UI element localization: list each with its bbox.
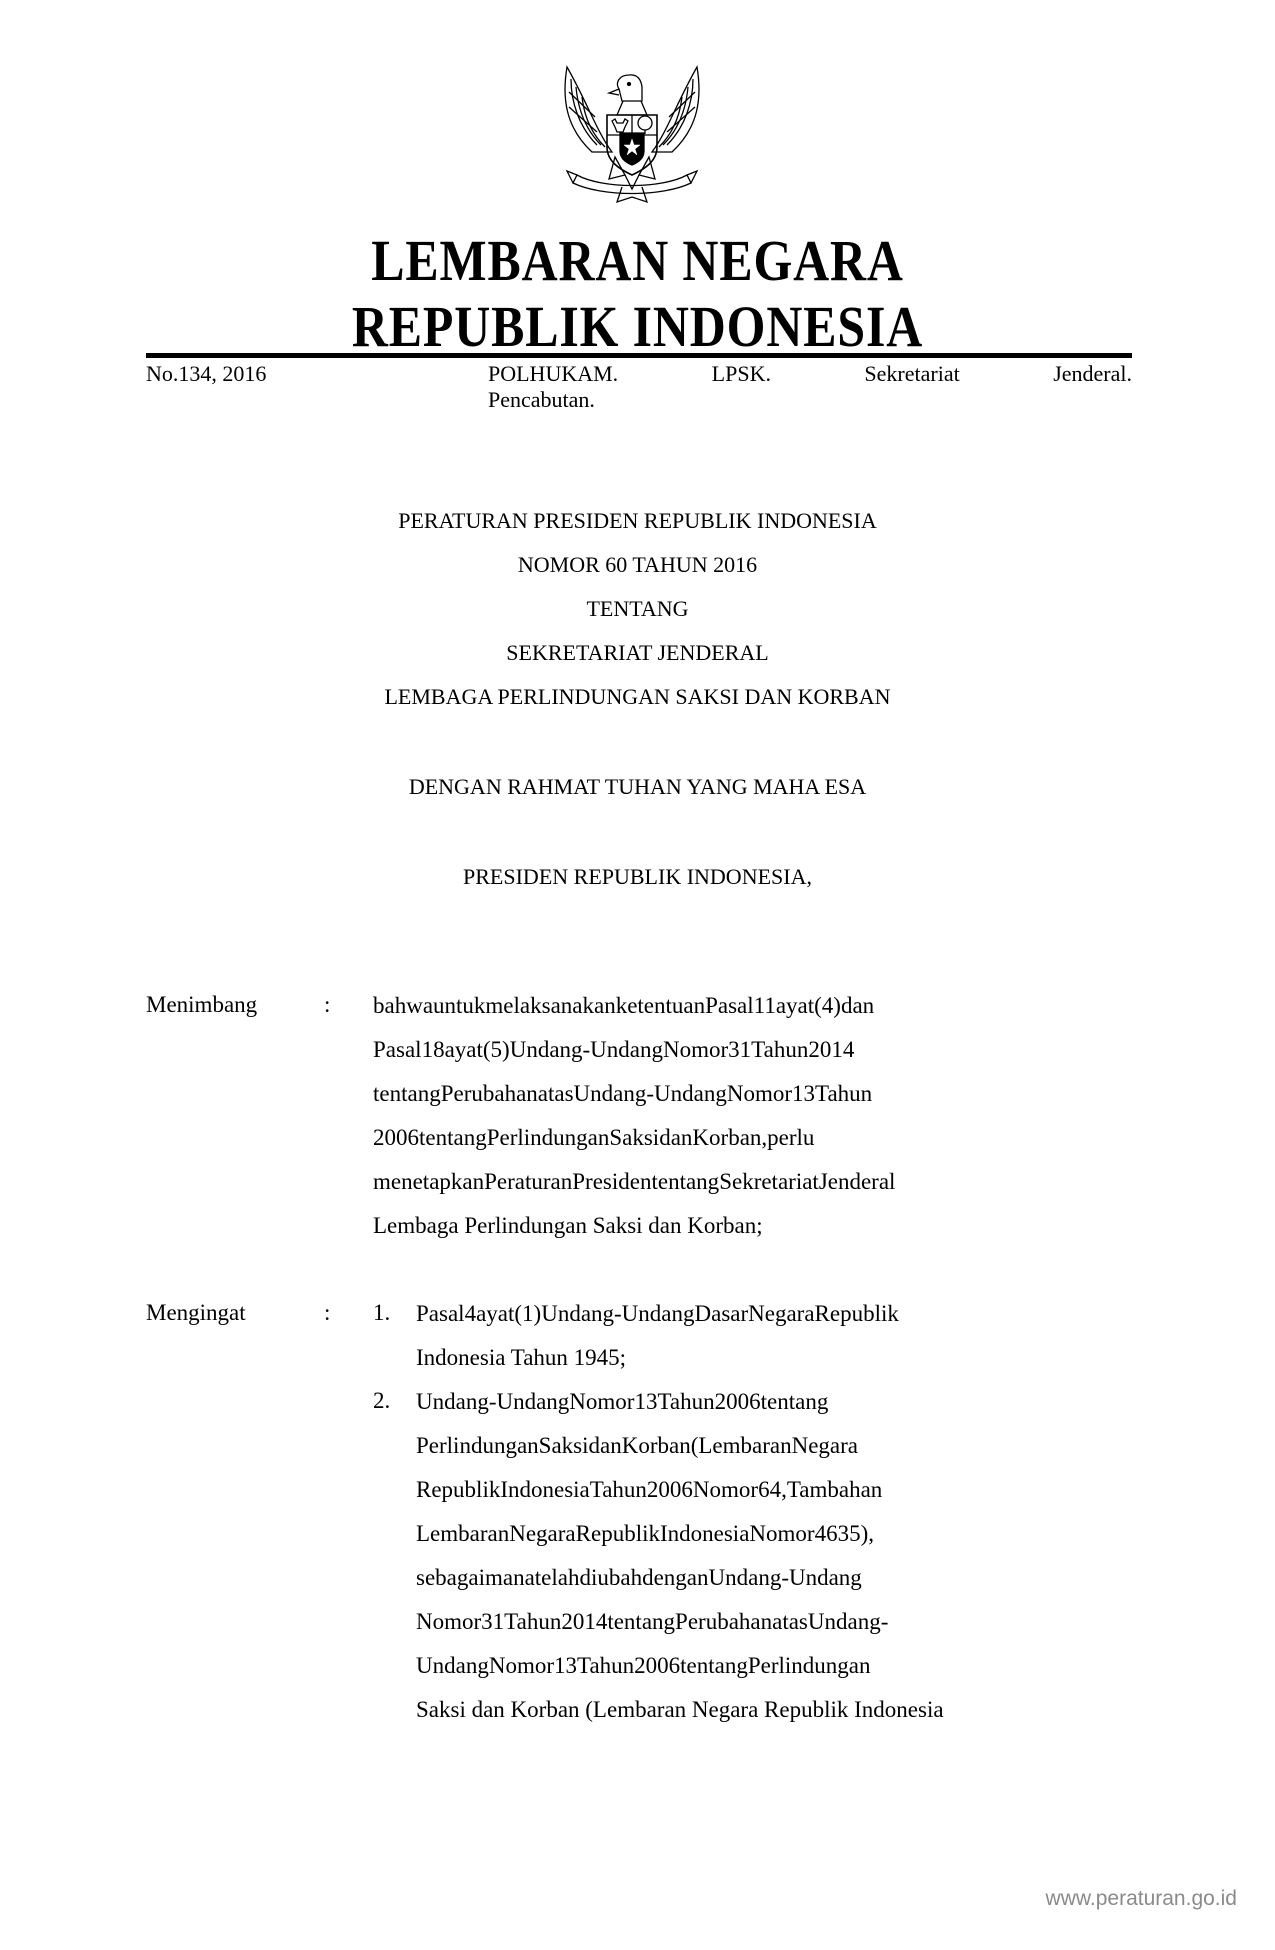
tag: LPSK. [712, 361, 771, 387]
invocation: DENGAN RAHMAT TUHAN YANG MAHA ESA [0, 774, 1275, 800]
list-number: 1. [373, 1300, 390, 1326]
mengingat-item-1: Pasal4ayat(1)Undang-UndangDasarNegaraRep… [416, 1292, 1133, 1380]
website-link[interactable]: www.peraturan.go.id [1046, 1887, 1237, 1911]
gazette-tags: POLHUKAM. LPSK. Sekretariat Jenderal. Pe… [488, 361, 1132, 413]
tag: Pencabutan. [488, 387, 1132, 413]
text-line: bahwauntukmelaksanakanketentuanPasal11ay… [373, 984, 1133, 1028]
regulation-subject-line1: SEKRETARIAT JENDERAL [0, 640, 1275, 666]
text-line: PerlindunganSaksidanKorban(LembaranNegar… [416, 1424, 1133, 1468]
issuer: PRESIDEN REPUBLIK INDONESIA, [0, 864, 1275, 890]
gazette-title-line2: REPUBLIK INDONESIA [89, 298, 1186, 356]
menimbang-text: bahwauntukmelaksanakanketentuanPasal11ay… [373, 984, 1133, 1248]
tag: Jenderal. [1053, 361, 1132, 387]
text-line: 2006tentangPerlindunganSaksidanKorban,pe… [373, 1116, 1133, 1160]
mengingat-colon: : [324, 1300, 330, 1326]
menimbang-colon: : [324, 992, 330, 1018]
text-line: tentangPerubahanatasUndang-UndangNomor13… [373, 1072, 1133, 1116]
text-line: Pasal18ayat(5)Undang-UndangNomor31Tahun2… [373, 1028, 1133, 1072]
tag: POLHUKAM. [488, 361, 618, 387]
text-line: Saksi dan Korban (Lembaran Negara Republ… [416, 1688, 1133, 1732]
text-line: Indonesia Tahun 1945; [416, 1336, 1133, 1380]
garuda-emblem-icon [557, 57, 707, 207]
tag: Sekretariat [864, 361, 959, 387]
text-line: Undang-UndangNomor13Tahun2006tentang [416, 1380, 1133, 1424]
text-line: RepublikIndonesiaTahun2006Nomor64,Tambah… [416, 1468, 1133, 1512]
mengingat-item-2: Undang-UndangNomor13Tahun2006tentang Per… [416, 1380, 1133, 1732]
regulation-subject-line2: LEMBAGA PERLINDUNGAN SAKSI DAN KORBAN [0, 684, 1275, 710]
text-line: Pasal4ayat(1)Undang-UndangDasarNegaraRep… [416, 1292, 1133, 1336]
regulation-number: NOMOR 60 TAHUN 2016 [0, 552, 1275, 578]
header-divider [146, 353, 1132, 358]
regulation-about-label: TENTANG [0, 596, 1275, 622]
text-line: menetapkanPeraturanPresidententangSekret… [373, 1160, 1133, 1204]
text-line: UndangNomor13Tahun2006tentangPerlindunga… [416, 1644, 1133, 1688]
gazette-title-line1: LEMBARAN NEGARA [89, 232, 1186, 290]
text-line: sebagaimanatelahdiubahdenganUndang-Undan… [416, 1556, 1133, 1600]
mengingat-label: Mengingat [146, 1300, 246, 1326]
text-line: LembaranNegaraRepublikIndonesiaNomor4635… [416, 1512, 1133, 1556]
regulation-type: PERATURAN PRESIDEN REPUBLIK INDONESIA [0, 508, 1275, 534]
text-line: Lembaga Perlindungan Saksi dan Korban; [373, 1204, 1133, 1248]
menimbang-label: Menimbang [146, 992, 257, 1018]
gazette-number: No.134, 2016 [146, 361, 266, 387]
text-line: Nomor31Tahun2014tentangPerubahanatasUnda… [416, 1600, 1133, 1644]
list-number: 2. [373, 1388, 390, 1414]
